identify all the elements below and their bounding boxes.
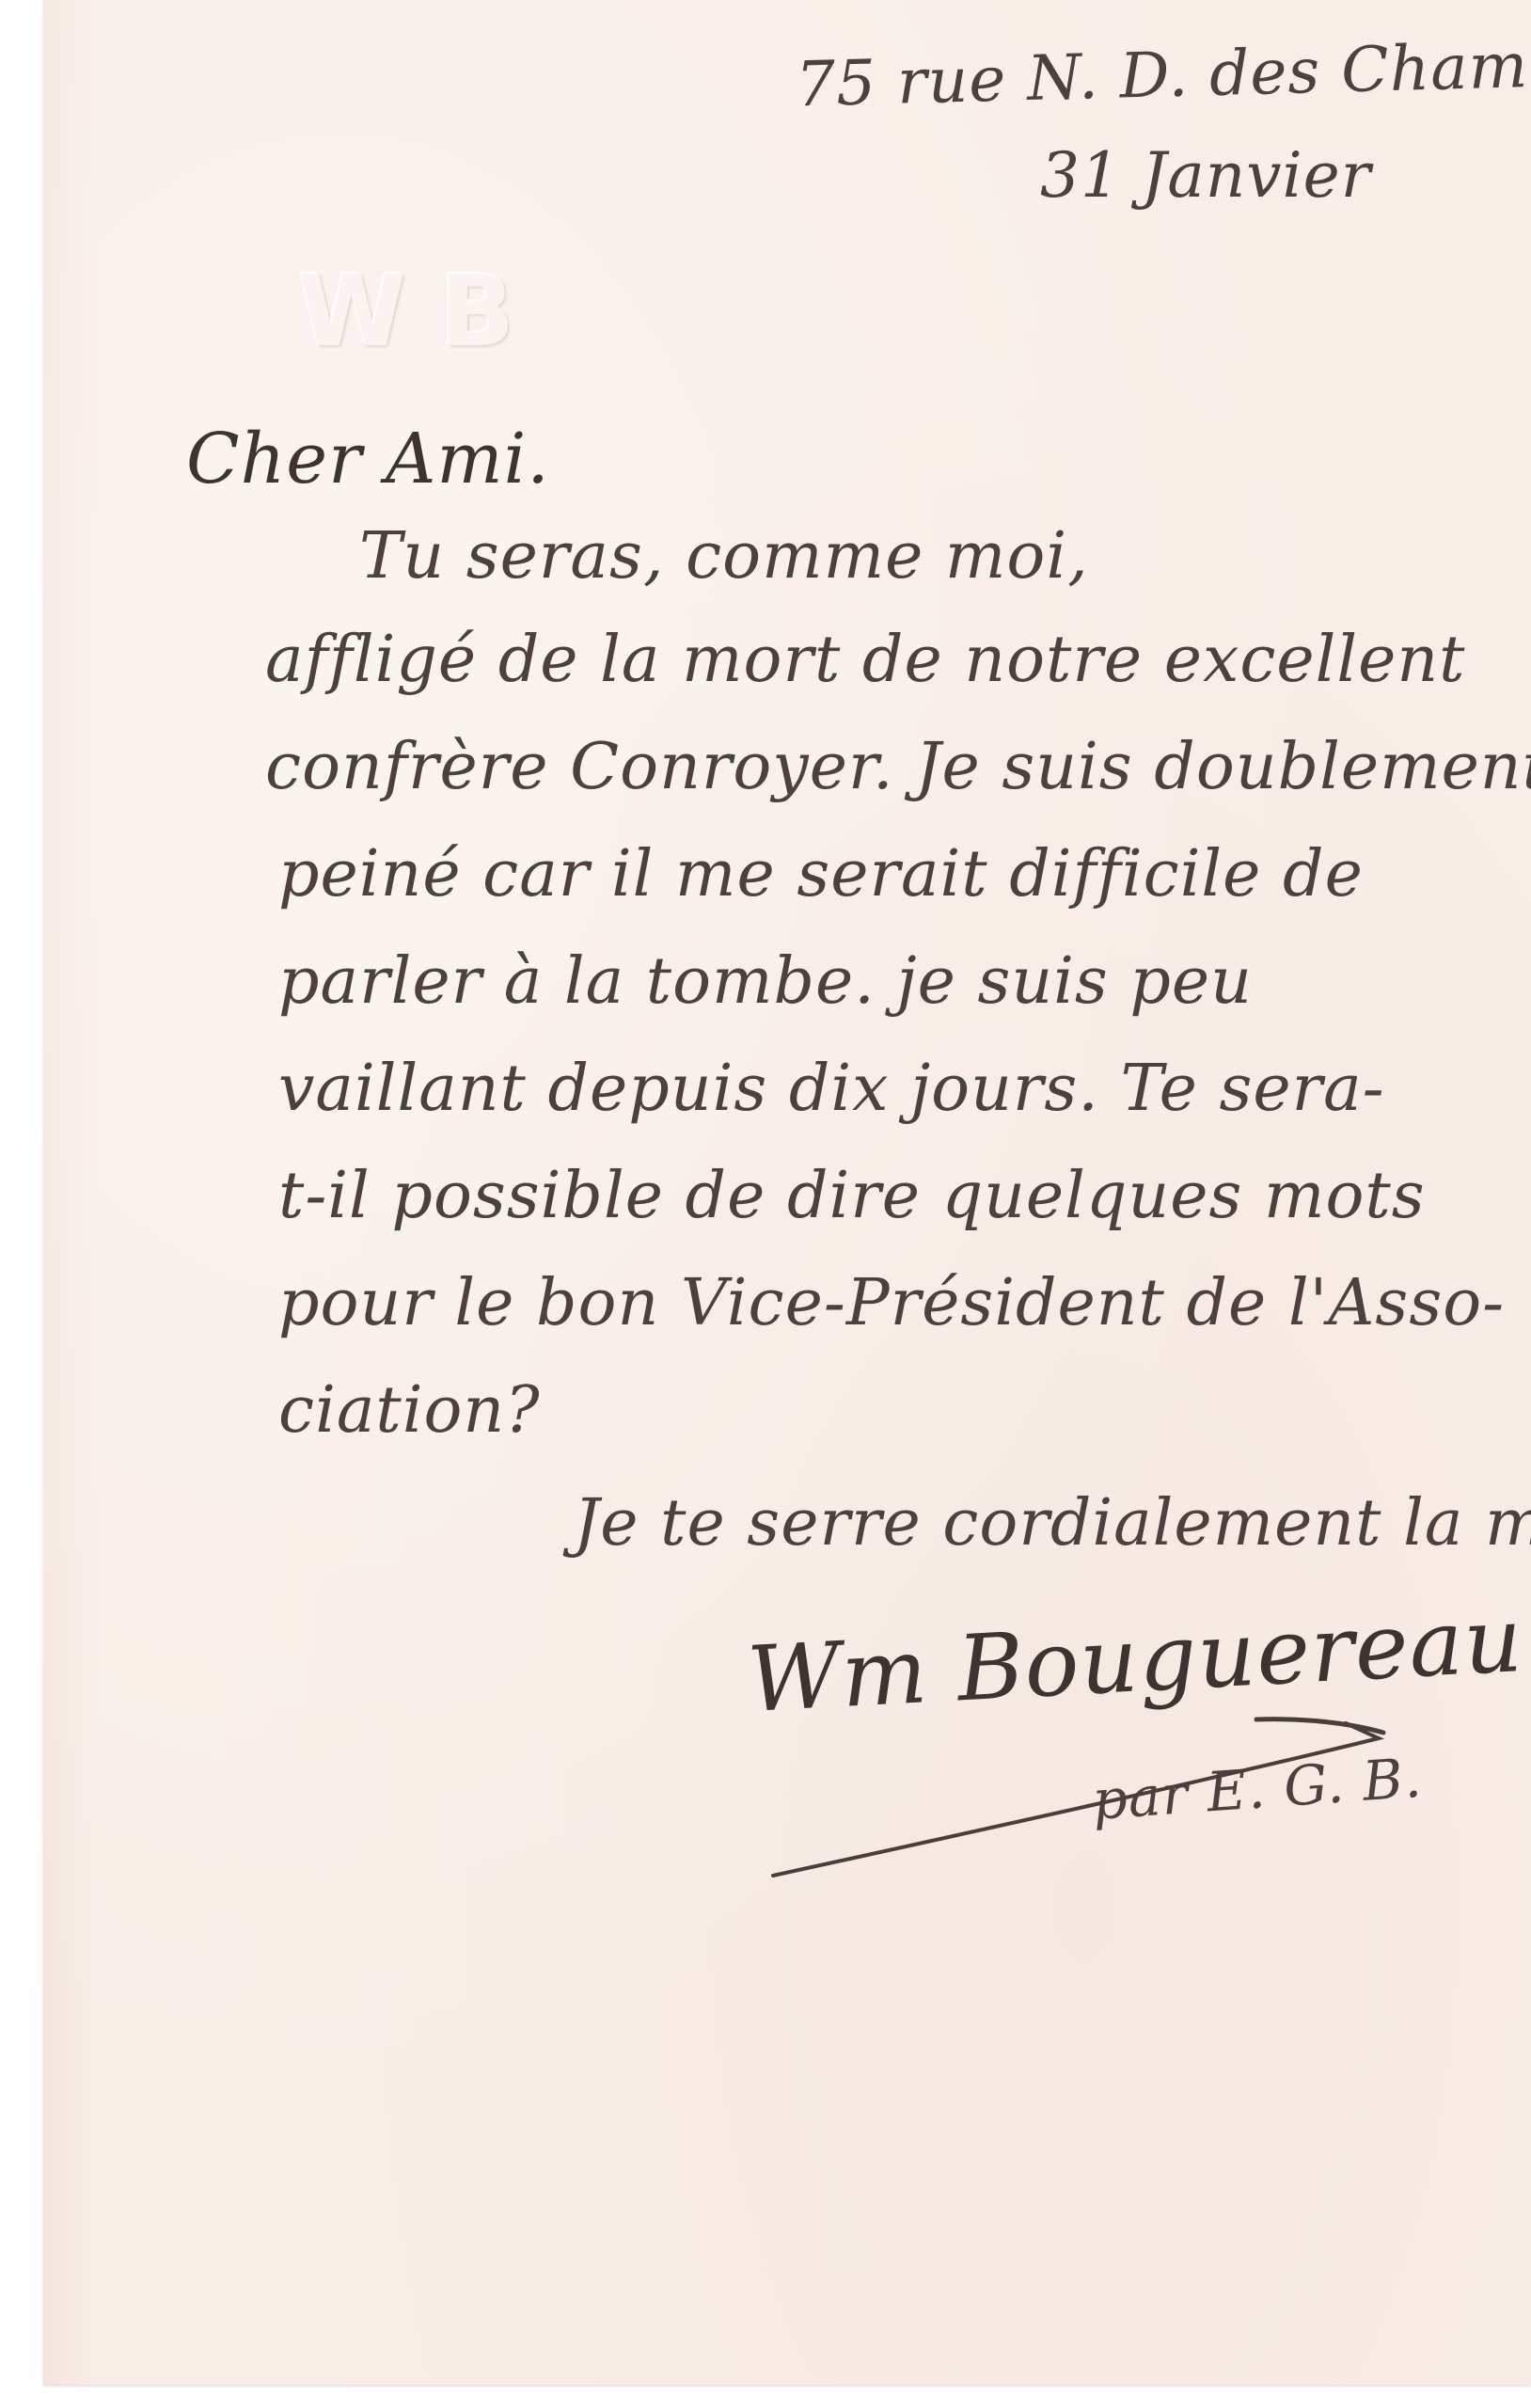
signature-by-initials: par E. G. B. <box>1090 1746 1424 1832</box>
body-line-4: peiné car il me serait difficile de <box>278 837 1364 911</box>
body-line-7: t-il possible de dire quelques mots <box>278 1159 1426 1233</box>
body-line-2: affligé de la mort de notre excellent <box>265 623 1466 697</box>
body-line-3: confrère Conroyer. Je suis doublement <box>265 730 1531 804</box>
body-line-1: Tu seras, comme moi, <box>359 519 1089 594</box>
letter-date: 31 Janvier <box>1040 139 1371 212</box>
closing-line: Je te serre cordialement la main <box>574 1486 1531 1560</box>
letter-sheet: WB 75 rue N. D. des Champs. 31 Janvier C… <box>43 0 1531 2384</box>
body-line-6: vaillant depuis dix jours. Te sera- <box>278 1052 1385 1126</box>
sender-address: 75 rue N. D. des Champs. <box>795 27 1531 121</box>
signature: Wm Bouguereau <box>745 1587 1525 1733</box>
salutation: Cher Ami. <box>186 419 550 499</box>
letterhead-emboss-monogram: WB <box>298 254 548 369</box>
body-line-5: parler à la tombe. je suis peu <box>278 944 1253 1019</box>
body-line-8: pour le bon Vice-Président de l'Asso- <box>278 1266 1505 1340</box>
body-line-9: ciation? <box>278 1373 541 1448</box>
